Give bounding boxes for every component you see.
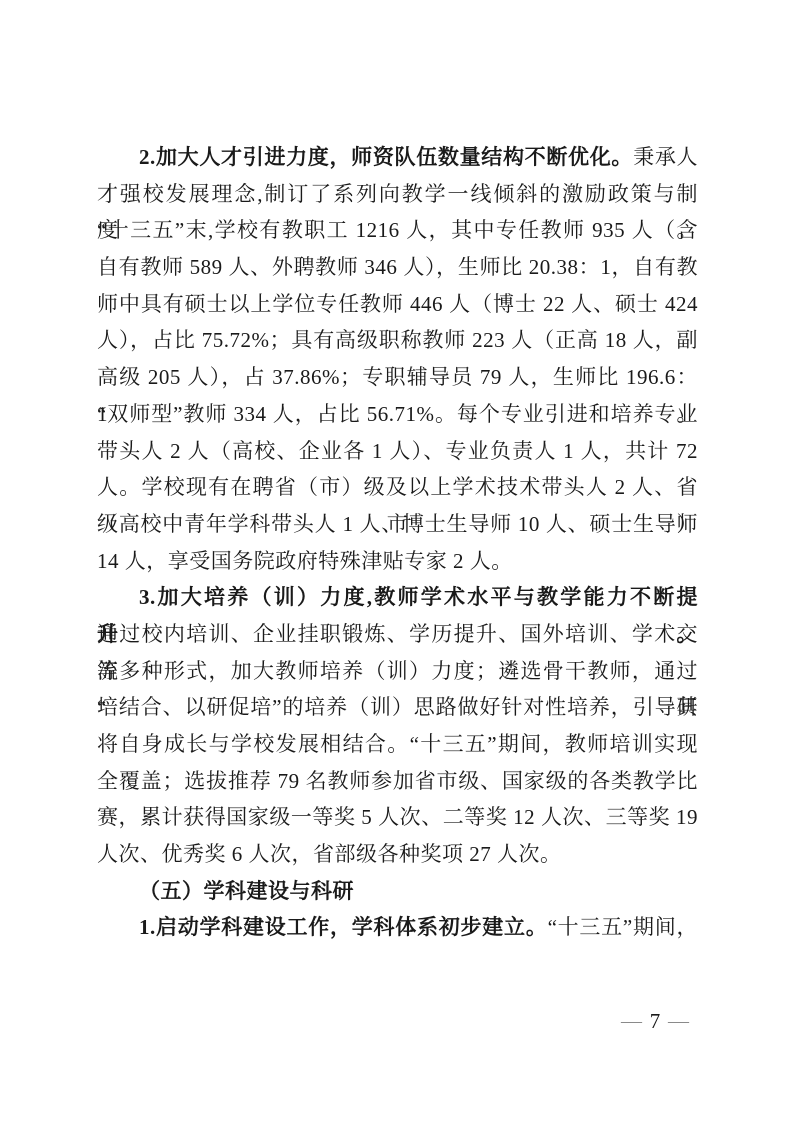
- text-line: 人次、优秀奖 6 人次，省部级各种奖项 27 人次。: [97, 836, 698, 873]
- text-segment: 培结合、以研促培”的培养（训）思路做好针对性培养，引导其: [97, 695, 698, 719]
- text-segment: 带头人 2 人（高校、企业各 1 人）、专业负责人 1 人，共计 72: [97, 439, 698, 463]
- text-line: “十三五”末,学校有教职工 1216 人，其中专任教师 935 人（含: [97, 212, 698, 249]
- text-segment: 将自身成长与学校发展相结合。“十三五”期间，教师培训实现: [97, 732, 698, 756]
- text-segment: “十三五”期间，: [548, 915, 698, 939]
- text-segment: 14 人，享受国务院政府特殊津贴专家 2 人。: [97, 549, 513, 573]
- footer-dash-right: —: [668, 1009, 689, 1033]
- text-line: 高级 205 人），占 37.86%；专职辅导员 79 人，生师比 196.6：…: [97, 359, 698, 396]
- text-line: 通过校内培训、企业挂职锻炼、学历提升、国外培训、学术交流: [97, 616, 698, 653]
- text-segment: 级高校中青年学科带头人 1 人、博士生导师 10 人、硕士生导师: [97, 512, 698, 536]
- text-line: 赛，累计获得国家级一等奖 5 人次、二等奖 12 人次、三等奖 19: [97, 799, 698, 836]
- text-line: 等多种形式，加大教师培养（训）力度；遴选骨干教师，通过“研: [97, 653, 698, 690]
- page-number: 7: [650, 1006, 661, 1036]
- text-segment: 人次、优秀奖 6 人次，省部级各种奖项 27 人次。: [97, 842, 562, 866]
- para-discipline-construction: 1.启动学科建设工作，学科体系初步建立。“十三五”期间，: [97, 909, 698, 946]
- text-line: 人），占比 75.72%；具有高级职称教师 223 人（正高 18 人，副: [97, 322, 698, 359]
- text-segment: “双师型”教师 334 人，占比 56.71%。每个专业引进和培养专业: [97, 402, 698, 426]
- para-talent-recruitment: 2.加大人才引进力度，师资队伍数量结构不断优化。秉承人才强校发展理念,制订了系列…: [97, 139, 698, 579]
- text-segment: 秉承人: [633, 145, 698, 169]
- text-segment: 全覆盖；选拔推荐 79 名教师参加省市级、国家级的各类教学比: [97, 769, 698, 793]
- text-line: 培结合、以研促培”的培养（训）思路做好针对性培养，引导其: [97, 689, 698, 726]
- text-line: 师中具有硕士以上学位专任教师 446 人（博士 22 人、硕士 424: [97, 286, 698, 323]
- document-page: 2.加大人才引进力度，师资队伍数量结构不断优化。秉承人才强校发展理念,制订了系列…: [0, 0, 793, 1122]
- text-line: 2.加大人才引进力度，师资队伍数量结构不断优化。秉承人: [97, 139, 698, 176]
- para-teacher-training: 3.加大培养（训）力度,教师学术水平与教学能力不断提升。通过校内培训、企业挂职锻…: [97, 579, 698, 873]
- text-line: 带头人 2 人（高校、企业各 1 人）、专业负责人 1 人，共计 72: [97, 433, 698, 470]
- bold-text-segment: 1.启动学科建设工作，学科体系初步建立。: [139, 915, 548, 939]
- text-segment: 赛，累计获得国家级一等奖 5 人次、二等奖 12 人次、三等奖 19: [97, 805, 698, 829]
- bold-text-segment: 2.加大人才引进力度，师资队伍数量结构不断优化。: [139, 145, 633, 169]
- text-line: （五）学科建设与科研: [97, 873, 698, 910]
- text-segment: 师中具有硕士以上学位专任教师 446 人（博士 22 人、硕士 424: [97, 292, 698, 316]
- section-heading-discipline: （五）学科建设与科研: [97, 873, 698, 910]
- footer-dash-left: —: [621, 1009, 642, 1033]
- text-line: 14 人，享受国务院政府特殊津贴专家 2 人。: [97, 543, 698, 580]
- text-line: 自有教师 589 人、外聘教师 346 人），生师比 20.38：1，自有教: [97, 249, 698, 286]
- text-segment: 自有教师 589 人、外聘教师 346 人），生师比 20.38：1，自有教: [97, 255, 698, 279]
- text-line: “双师型”教师 334 人，占比 56.71%。每个专业引进和培养专业: [97, 396, 698, 433]
- page-footer: — 7 —: [621, 1006, 689, 1036]
- text-line: 3.加大培养（训）力度,教师学术水平与教学能力不断提升。: [97, 579, 698, 616]
- document-body: 2.加大人才引进力度，师资队伍数量结构不断优化。秉承人才强校发展理念,制订了系列…: [97, 139, 698, 946]
- text-line: 级高校中青年学科带头人 1 人、博士生导师 10 人、硕士生导师: [97, 506, 698, 543]
- text-line: 全覆盖；选拔推荐 79 名教师参加省市级、国家级的各类教学比: [97, 763, 698, 800]
- text-line: 将自身成长与学校发展相结合。“十三五”期间，教师培训实现: [97, 726, 698, 763]
- text-segment: 人），占比 75.72%；具有高级职称教师 223 人（正高 18 人，副: [97, 328, 698, 352]
- text-line: 才强校发展理念,制订了系列向教学一线倾斜的激励政策与制度。: [97, 176, 698, 213]
- text-segment: “十三五”末,学校有教职工 1216 人，其中专任教师 935 人（含: [97, 218, 698, 242]
- text-line: 人。学校现有在聘省（市）级及以上学术技术带头人 2 人、省（市）: [97, 469, 698, 506]
- bold-text-segment: （五）学科建设与科研: [139, 879, 354, 903]
- text-line: 1.启动学科建设工作，学科体系初步建立。“十三五”期间，: [97, 909, 698, 946]
